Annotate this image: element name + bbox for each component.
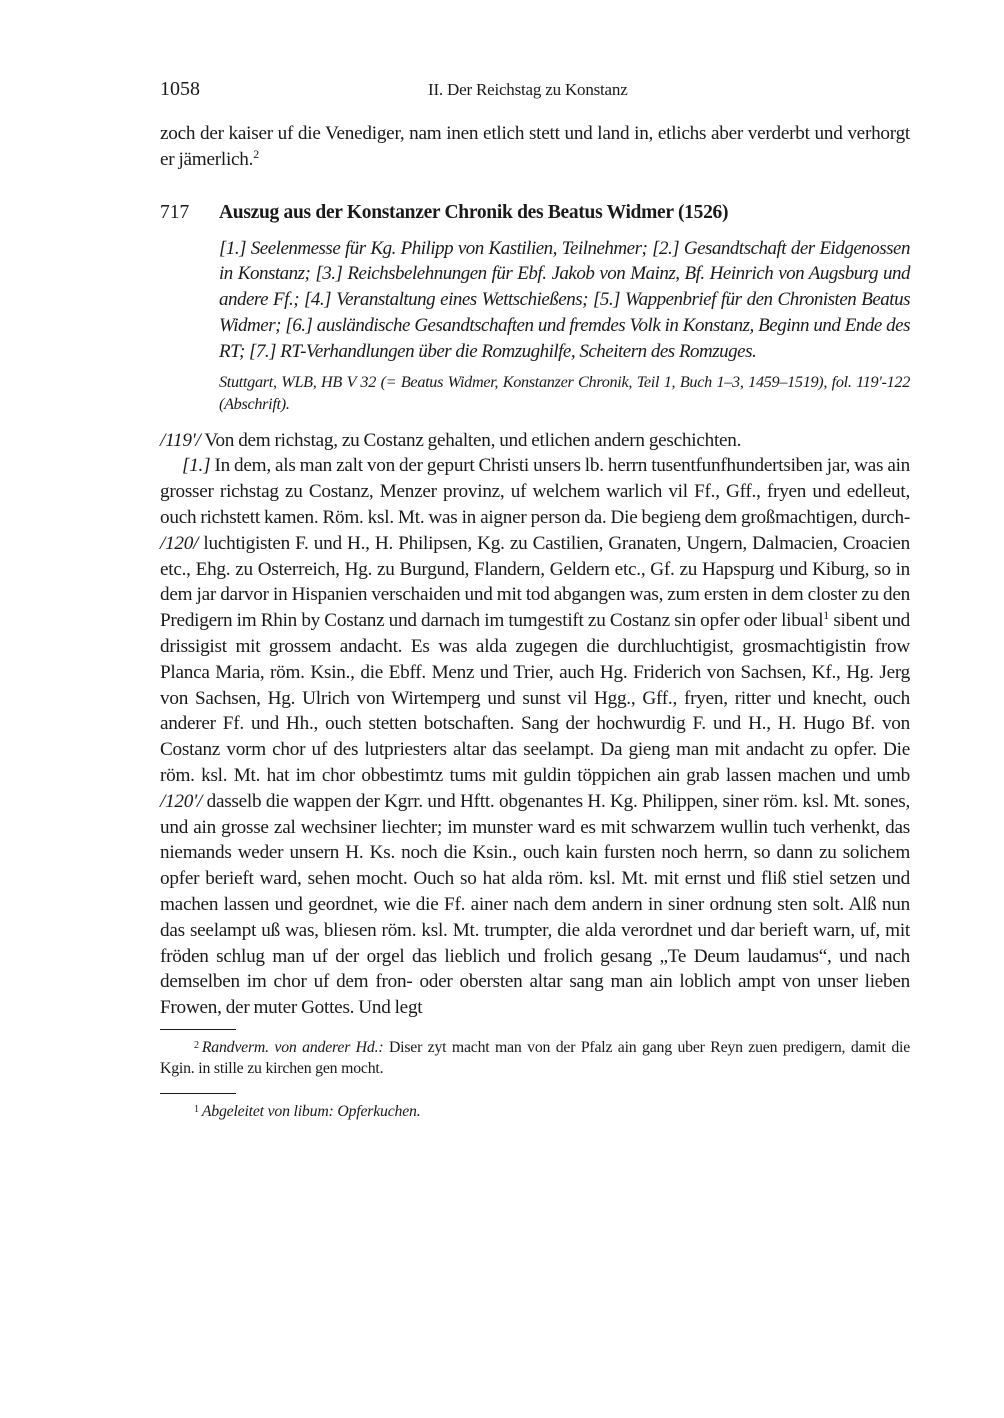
intro-paragraph: zoch der kaiser uf die Venediger, nam in… [160, 121, 910, 173]
document-page: 1058 II. Der Reichstag zu Konstanz zoch … [160, 78, 910, 1122]
footnote-2: 2Randverm. von anderer Hd.: Diser zyt ma… [160, 1035, 910, 1079]
footnote-ref-2[interactable]: 2 [253, 147, 259, 161]
regest-summary: [1.] Seelenmesse für Kg. Philipp von Kas… [219, 236, 910, 365]
section-1-paragraph: [1.] In dem, als man zalt von der gepurt… [160, 453, 910, 1021]
main-text: /119'/ Von dem richstag, zu Costanz geha… [160, 428, 910, 1021]
text-heading: Von dem richstag, zu Costanz gehalten, u… [204, 430, 741, 451]
document-heading: 717 Auszug aus der Konstanzer Chronik de… [160, 200, 910, 226]
page-number: 1058 [160, 78, 200, 101]
folio-marker: /120/ [160, 533, 198, 554]
running-head-title: II. Der Reichstag zu Konstanz [428, 80, 628, 100]
footnote-rule [160, 1029, 236, 1030]
text-heading-line: /119'/ Von dem richstag, zu Costanz geha… [160, 428, 910, 454]
folio-marker: /120'/ [160, 791, 202, 812]
footnote-mark: 2 [194, 1040, 199, 1051]
document-number: 717 [160, 200, 219, 226]
footnote-ref-1[interactable]: 1 [823, 608, 829, 622]
paragraph-part: luchtigisten F. und H., H. Philipsen, Kg… [160, 533, 910, 631]
section-marker: [1.] [182, 455, 210, 476]
apparatus-footnotes: 2Randverm. von anderer Hd.: Diser zyt ma… [160, 1029, 910, 1079]
paragraph-part: sibent und drissigist mit grossem andach… [160, 610, 910, 786]
footnote-label: Randverm. von anderer Hd.: [202, 1039, 384, 1056]
paragraph-part: dasselb die wappen der Kgrr. und Hftt. o… [160, 791, 910, 1018]
folio-marker: /119'/ [160, 430, 201, 451]
commentary-footnotes: 1Abgeleitet von libum: Opferkuchen. [160, 1093, 910, 1122]
paragraph-part: In dem, als man zalt von der gepurt Chri… [160, 455, 910, 528]
running-head: 1058 II. Der Reichstag zu Konstanz [160, 78, 910, 106]
footnote-1: 1Abgeleitet von libum: Opferkuchen. [160, 1099, 910, 1122]
document-title: Auszug aus der Konstanzer Chronik des Be… [219, 200, 728, 226]
source-citation: Stuttgart, WLB, HB V 32 (= Beatus Widmer… [219, 371, 910, 415]
footnote-mark: 1 [194, 1104, 199, 1115]
intro-text: zoch der kaiser uf die Venediger, nam in… [160, 123, 910, 170]
footnote-text: Abgeleitet von libum: Opferkuchen. [202, 1103, 421, 1120]
footnote-rule [160, 1093, 236, 1094]
